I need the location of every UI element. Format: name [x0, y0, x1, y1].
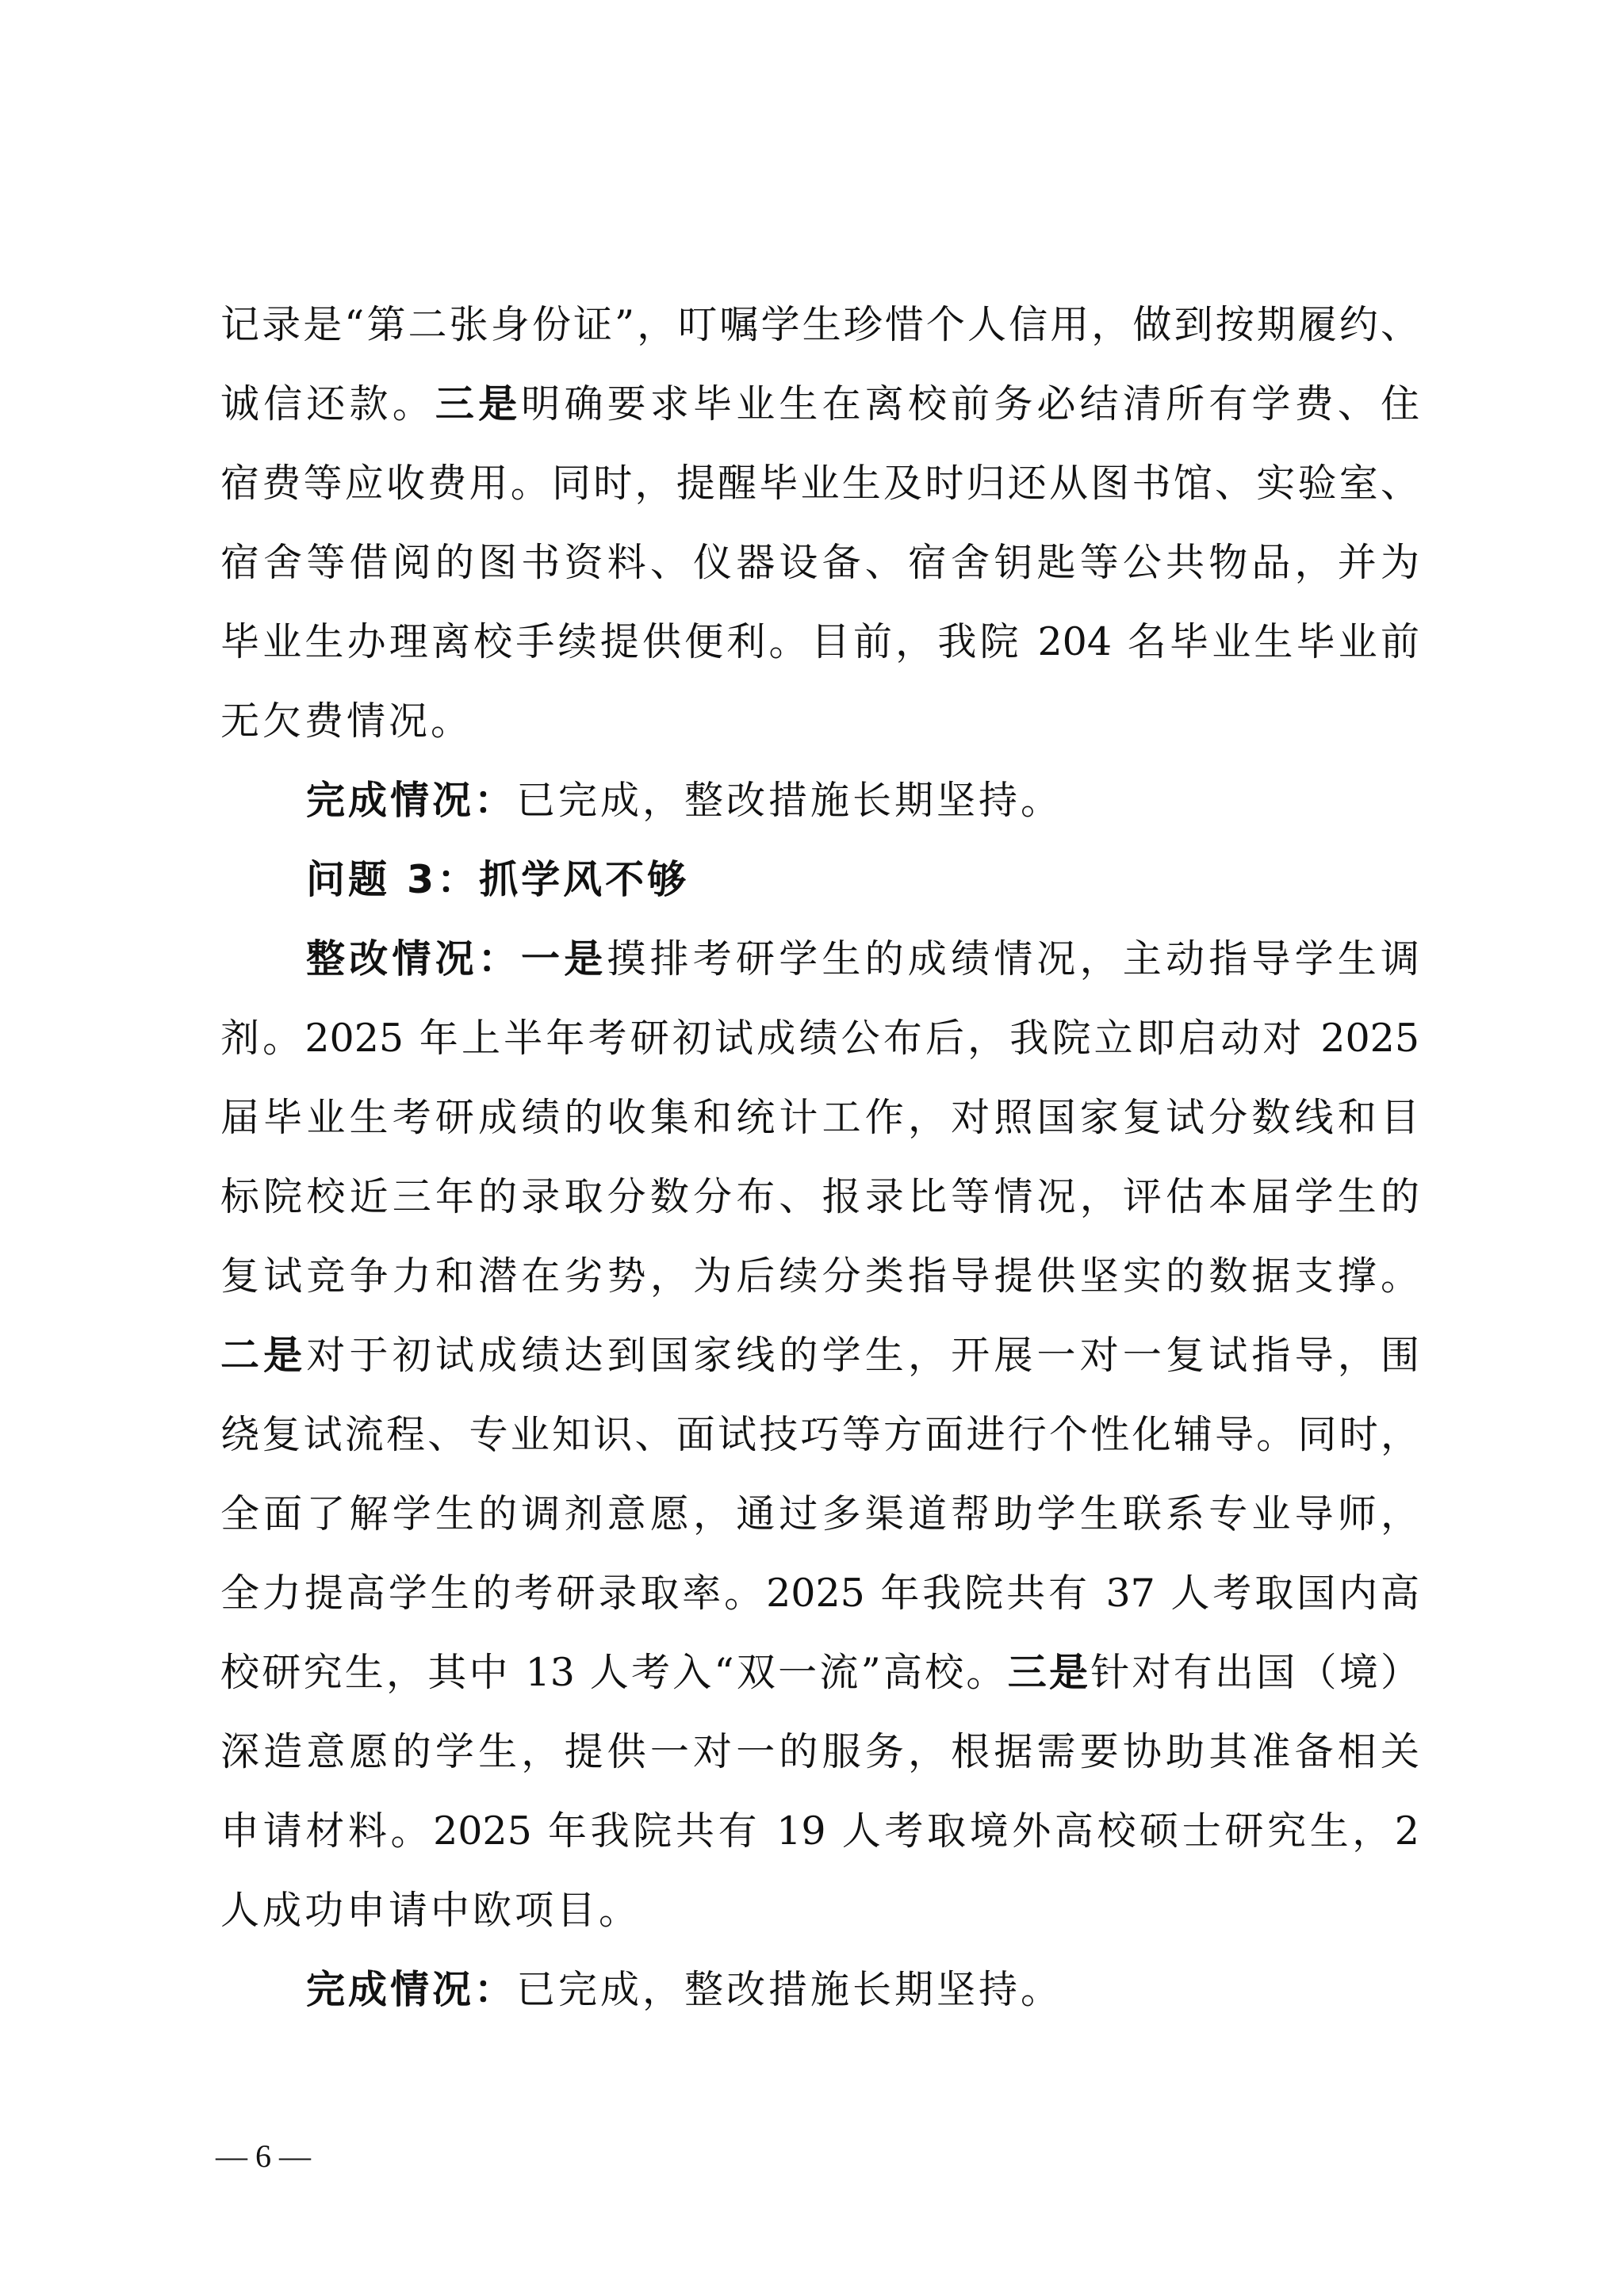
- document-page: 记录是“第二张身份证”，叮嘱学生珍惜个人信用，做到按期履约、诚信还款。三是明确要…: [0, 0, 1624, 2296]
- text-segment: 宿舍等借阅的图书资料、仪器设备、宿舍钥匙等公共物品，并为: [220, 540, 1419, 585]
- text-segment: 全面了解学生的调剂意愿，通过多渠道帮助学生联系专业导师，: [220, 1491, 1419, 1536]
- text-line: 申请材料。2025 年我院共有 19 人考取境外高校硕士研究生，2: [220, 1806, 1419, 1857]
- bold-text-segment: 三是: [1008, 1650, 1091, 1695]
- text-segment: 记录是“第二张身份证”，叮嘱学生珍惜个人信用，做到按期履约、: [220, 302, 1419, 347]
- text-line: 届毕业生考研成绩的收集和统计工作，对照国家复试分数线和目: [220, 1093, 1419, 1143]
- text-line: 二是对于初试成绩达到国家线的学生，开展一对一复试指导，围: [220, 1330, 1419, 1381]
- text-segment: 诚信还款。: [220, 381, 435, 427]
- text-segment: 宿费等应收费用。同时，提醒毕业生及时归还从图书馆、实验室、: [220, 461, 1419, 506]
- text-line: 深造意愿的学生，提供一对一的服务，根据需要协助其准备相关: [220, 1727, 1419, 1777]
- text-line: 标院校近三年的录取分数分布、报录比等情况，评估本届学生的: [220, 1172, 1419, 1223]
- text-segment: 全力提高学生的考研录取率。2025 年我院共有 37 人考取国内高: [220, 1571, 1419, 1616]
- text-line: 全面了解学生的调剂意愿，通过多渠道帮助学生联系专业导师，: [220, 1489, 1419, 1540]
- text-line: 复试竞争力和潜在劣势，为后续分类指导提供坚实的数据支撑。: [220, 1251, 1419, 1302]
- text-line: 无欠费情况。: [220, 696, 1419, 747]
- text-line: 绕复试流程、专业知识、面试技巧等方面进行个性化辅导。同时，: [220, 1410, 1419, 1460]
- bold-text-segment: 整改情况：一是: [306, 936, 607, 982]
- text-line: 问题 3：抓学风不够: [306, 855, 1419, 905]
- bold-text-segment: 三是: [435, 381, 521, 427]
- text-segment: 明确要求毕业生在离校前务必结清所有学费、住: [521, 381, 1419, 427]
- text-segment: 标院校近三年的录取分数分布、报录比等情况，评估本届学生的: [220, 1174, 1419, 1219]
- text-segment: 届毕业生考研成绩的收集和统计工作，对照国家复试分数线和目: [220, 1095, 1419, 1140]
- text-segment: 校研究生，其中 13 人考入“双一流”高校。: [220, 1650, 1008, 1695]
- text-line: 全力提高学生的考研录取率。2025 年我院共有 37 人考取国内高: [220, 1568, 1419, 1619]
- text-segment: 人成功申请中欧项目。: [220, 1888, 641, 1933]
- text-segment: 剂。2025 年上半年考研初试成绩公布后，我院立即启动对 2025: [220, 1016, 1419, 1061]
- text-line: 诚信还款。三是明确要求毕业生在离校前务必结清所有学费、住: [220, 379, 1419, 430]
- text-segment: 已完成，整改措施长期坚持。: [516, 1967, 1063, 2012]
- text-segment: 毕业生办理离校手续提供便利。目前，我院 204 名毕业生毕业前: [220, 619, 1419, 664]
- page-number: — 6 —: [216, 2136, 311, 2177]
- bold-text-segment: 完成情况：: [306, 1967, 516, 2012]
- text-line: 宿费等应收费用。同时，提醒毕业生及时归还从图书馆、实验室、: [220, 458, 1419, 509]
- text-line: 记录是“第二张身份证”，叮嘱学生珍惜个人信用，做到按期履约、: [220, 300, 1419, 350]
- text-segment: 摸排考研学生的成绩情况，主动指导学生调: [607, 936, 1419, 982]
- text-segment: 已完成，整改措施长期坚持。: [516, 778, 1063, 823]
- text-segment: 申请材料。2025 年我院共有 19 人考取境外高校硕士研究生，2: [220, 1808, 1419, 1854]
- bold-text-segment: 完成情况：: [306, 778, 516, 823]
- text-line: 校研究生，其中 13 人考入“双一流”高校。三是针对有出国（境）: [220, 1647, 1419, 1698]
- text-segment: 深造意愿的学生，提供一对一的服务，根据需要协助其准备相关: [220, 1729, 1419, 1774]
- text-line: 整改情况：一是摸排考研学生的成绩情况，主动指导学生调: [306, 934, 1419, 985]
- text-line: 剂。2025 年上半年考研初试成绩公布后，我院立即启动对 2025: [220, 1013, 1419, 1064]
- text-line: 完成情况：已完成，整改措施长期坚持。: [306, 775, 1419, 826]
- text-line: 完成情况：已完成，整改措施长期坚持。: [306, 1965, 1419, 2015]
- text-line: 毕业生办理离校手续提供便利。目前，我院 204 名毕业生毕业前: [220, 617, 1419, 668]
- text-segment: 无欠费情况。: [220, 698, 473, 744]
- text-line: 宿舍等借阅的图书资料、仪器设备、宿舍钥匙等公共物品，并为: [220, 538, 1419, 588]
- text-line: 人成功申请中欧项目。: [220, 1885, 1419, 1936]
- bold-text-segment: 二是: [220, 1333, 306, 1378]
- text-segment: 绕复试流程、专业知识、面试技巧等方面进行个性化辅导。同时，: [220, 1412, 1419, 1457]
- bold-text-segment: 问题 3：抓学风不够: [306, 857, 689, 902]
- text-segment: 针对有出国（境）: [1090, 1650, 1419, 1695]
- text-segment: 对于初试成绩达到国家线的学生，开展一对一复试指导，围: [306, 1333, 1419, 1378]
- text-segment: 复试竞争力和潜在劣势，为后续分类指导提供坚实的数据支撑。: [220, 1253, 1419, 1299]
